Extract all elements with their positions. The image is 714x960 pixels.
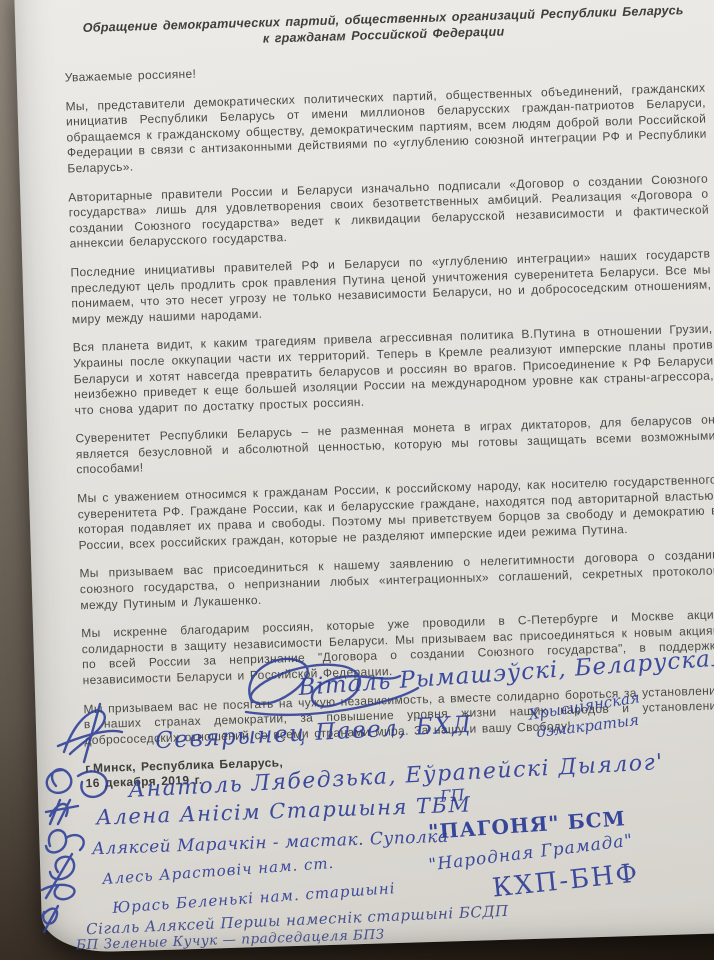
place-and-date: г.Минск, Республика Беларусь, 16 декабря… xyxy=(85,743,714,792)
document-body: Обращение демократических партий, общест… xyxy=(63,2,714,792)
paragraph-2: Авторитарные правители России и Беларуси… xyxy=(68,171,710,252)
paragraph-7: Мы призываем вас присоединиться к нашему… xyxy=(79,548,714,614)
paragraph-4: Вся планета видит, к каким трагедиям при… xyxy=(73,322,714,419)
paragraph-1: Мы, представители демократических полити… xyxy=(65,80,707,177)
paragraph-6: Мы с уважением относимся к гражданам Рос… xyxy=(77,472,714,553)
salutation: Уважаемые россияне! xyxy=(65,52,705,87)
paragraph-8: Мы искренне благодарим россиян, которые … xyxy=(81,608,714,689)
paragraph-9: Мы призываем вас не посягать на чужую не… xyxy=(83,683,714,749)
date-line: 16 декабря 2019 г. xyxy=(85,773,202,790)
document-photo: Обращение демократических партий, общест… xyxy=(0,0,714,960)
document-title: Обращение демократических партий, общест… xyxy=(73,2,694,52)
place-line: г.Минск, Республика Беларусь, xyxy=(85,756,283,776)
document-paper: Обращение демократических партий, общест… xyxy=(14,0,714,954)
paragraph-5: Суверенитет Республики Беларусь – не раз… xyxy=(75,413,714,479)
paragraph-3: Последние инициативы правителей РФ и Бел… xyxy=(70,246,712,327)
